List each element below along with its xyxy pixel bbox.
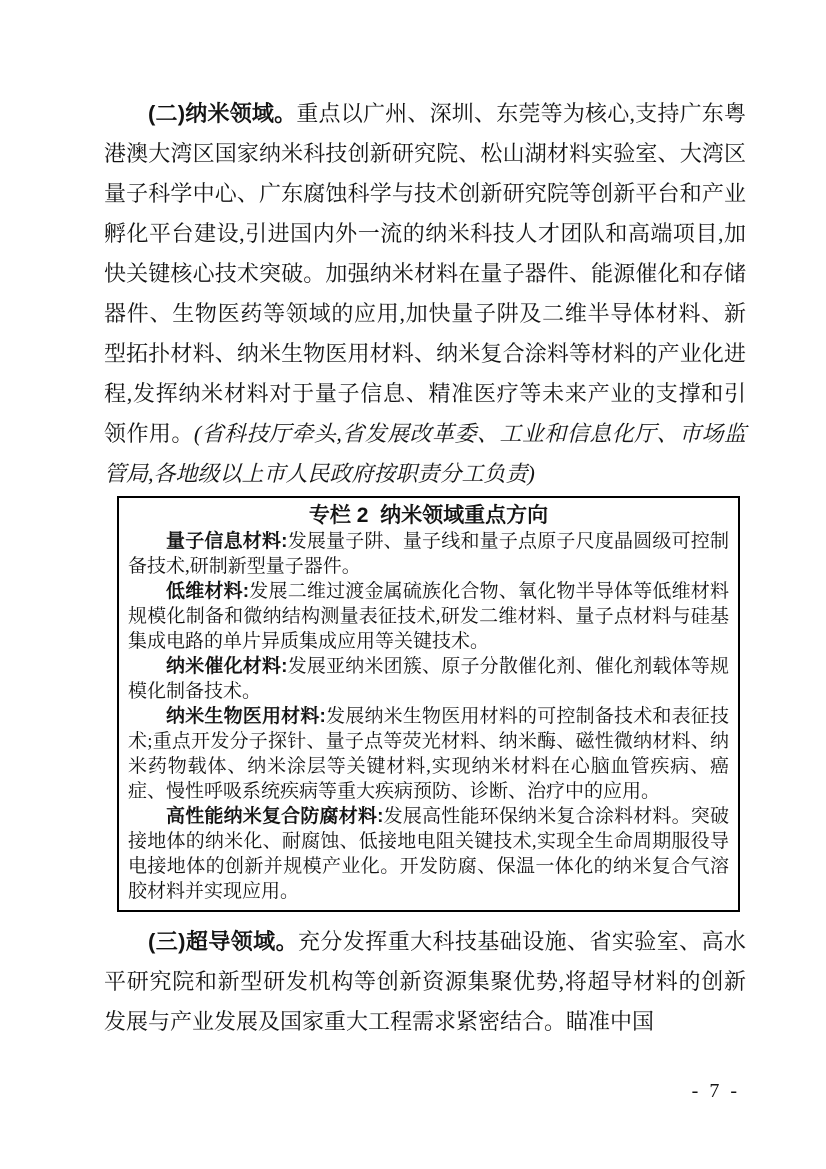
paragraph-superconductor-heading: (三)超导领域。 xyxy=(148,929,298,954)
box-item-anticorrosion-composite-materials: 高性能纳米复合防腐材料:发展高性能环保纳米复合涂料材料。突破接地体的纳米化、耐腐… xyxy=(128,804,729,904)
box-item-label: 纳米催化材料: xyxy=(166,656,288,677)
column-box-title: 专栏 2 纳米领域重点方向 xyxy=(128,502,729,529)
special-column-box: 专栏 2 纳米领域重点方向 量子信息材料:发展量子阱、量子线和量子点原子尺度晶圆… xyxy=(117,496,740,912)
document-page: (二)纳米领域。重点以广州、深圳、东莞等为核心,支持广东粤港澳大湾区国家纳米科技… xyxy=(0,0,826,1169)
paragraph-nano-body: 重点以广州、深圳、东莞等为核心,支持广东粤港澳大湾区国家纳米科技创新研究院、松山… xyxy=(104,101,746,446)
paragraph-nano-heading: (二)纳米领域。 xyxy=(148,101,296,126)
box-item-label: 低维材料: xyxy=(166,581,249,602)
box-item-nano-catalytic-materials: 纳米催化材料:发展亚纳米团簇、原子分散催化剂、催化剂载体等规模化制备技术。 xyxy=(128,654,729,704)
box-item-nano-biomedical-materials: 纳米生物医用材料:发展纳米生物医用材料的可控制备技术和表征技术;重点开发分子探针… xyxy=(128,704,729,804)
box-item-label: 纳米生物医用材料: xyxy=(166,706,326,727)
paragraph-nano-field: (二)纳米领域。重点以广州、深圳、东莞等为核心,支持广东粤港澳大湾区国家纳米科技… xyxy=(104,94,746,494)
paragraph-nano-responsibility-note: (省科技厅牵头,省发展改革委、工业和信息化厅、市场监管局,各地级以上市人民政府按… xyxy=(104,421,746,486)
box-item-quantum-info-materials: 量子信息材料:发展量子阱、量子线和量子点原子尺度晶圆级可控制备技术,研制新型量子… xyxy=(128,529,729,579)
box-item-label: 量子信息材料: xyxy=(166,531,288,552)
box-item-low-dimensional-materials: 低维材料:发展二维过渡金属硫族化合物、氧化物半导体等低维材料规模化制备和微纳结构… xyxy=(128,579,729,654)
box-item-label: 高性能纳米复合防腐材料: xyxy=(166,806,383,827)
document-content: (二)纳米领域。重点以广州、深圳、东莞等为核心,支持广东粤港澳大湾区国家纳米科技… xyxy=(104,94,746,1042)
page-number: - 7 - xyxy=(692,1080,740,1103)
paragraph-superconductor-field: (三)超导领域。充分发挥重大科技基础设施、省实验室、高水平研究院和新型研发机构等… xyxy=(104,922,746,1042)
